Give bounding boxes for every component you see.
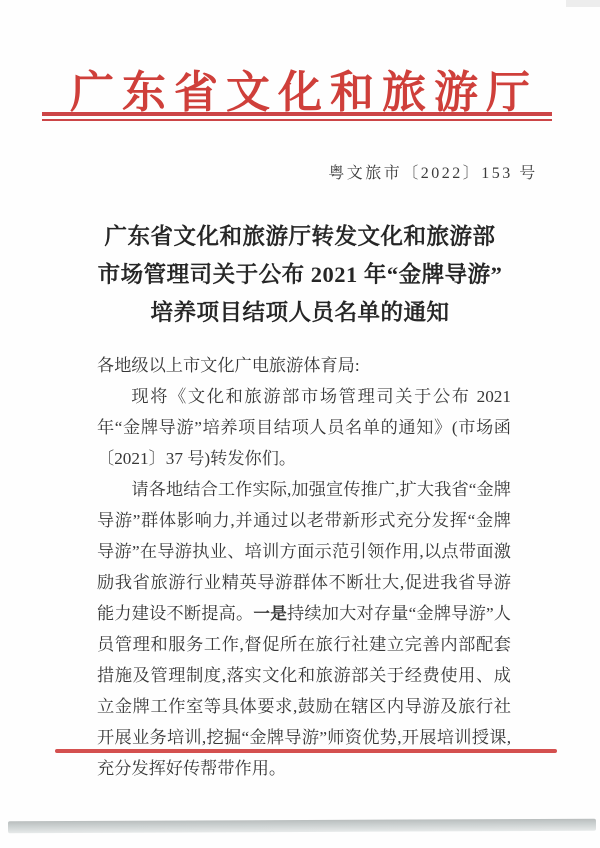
paragraph-2-lead-text: 请各地结合工作实际,加强宣传推广,扩大我省“金牌导游”群体影响力,并通过以老带新…	[97, 480, 511, 623]
scanned-document-page: 广东省文化和旅游厅 粤文旅市〔2022〕153 号 广东省文化和旅游厅转发文化和…	[0, 0, 600, 848]
notice-title-line-1: 广东省文化和旅游厅转发文化和旅游部	[0, 218, 600, 256]
letterhead-separator-thick-rule	[42, 112, 552, 116]
paragraph-2-emphasis-marker: 一是	[253, 604, 287, 623]
letterhead-separator-thin-rule	[42, 119, 552, 121]
document-reference-number: 粤文旅市〔2022〕153 号	[300, 160, 566, 183]
document-body: 各地级以上市文化广电旅游体育局: 现将《文化和旅游部市场管理司关于公布 2021…	[97, 350, 511, 784]
scan-artifact-top-right	[566, 0, 600, 7]
paragraph-forwarding-statement: 现将《文化和旅游部市场管理司关于公布 2021 年“金牌导游”培养项目结项人员名…	[97, 381, 511, 474]
agency-letterhead: 广东省文化和旅游厅	[0, 56, 600, 120]
notice-title-line-2: 市场管理司关于公布 2021 年“金牌导游”	[0, 256, 600, 294]
notice-title-line-3: 培养项目结项人员名单的通知	[0, 294, 600, 332]
notice-title: 广东省文化和旅游厅转发文化和旅游部 市场管理司关于公布 2021 年“金牌导游”…	[0, 218, 600, 332]
paragraph-work-requirements: 请各地结合工作实际,加强宣传推广,扩大我省“金牌导游”群体影响力,并通过以老带新…	[97, 474, 511, 784]
footer-red-rule	[55, 749, 557, 753]
salutation-line: 各地级以上市文化广电旅游体育局:	[97, 350, 511, 381]
page-bottom-edge-shadow	[8, 819, 596, 834]
